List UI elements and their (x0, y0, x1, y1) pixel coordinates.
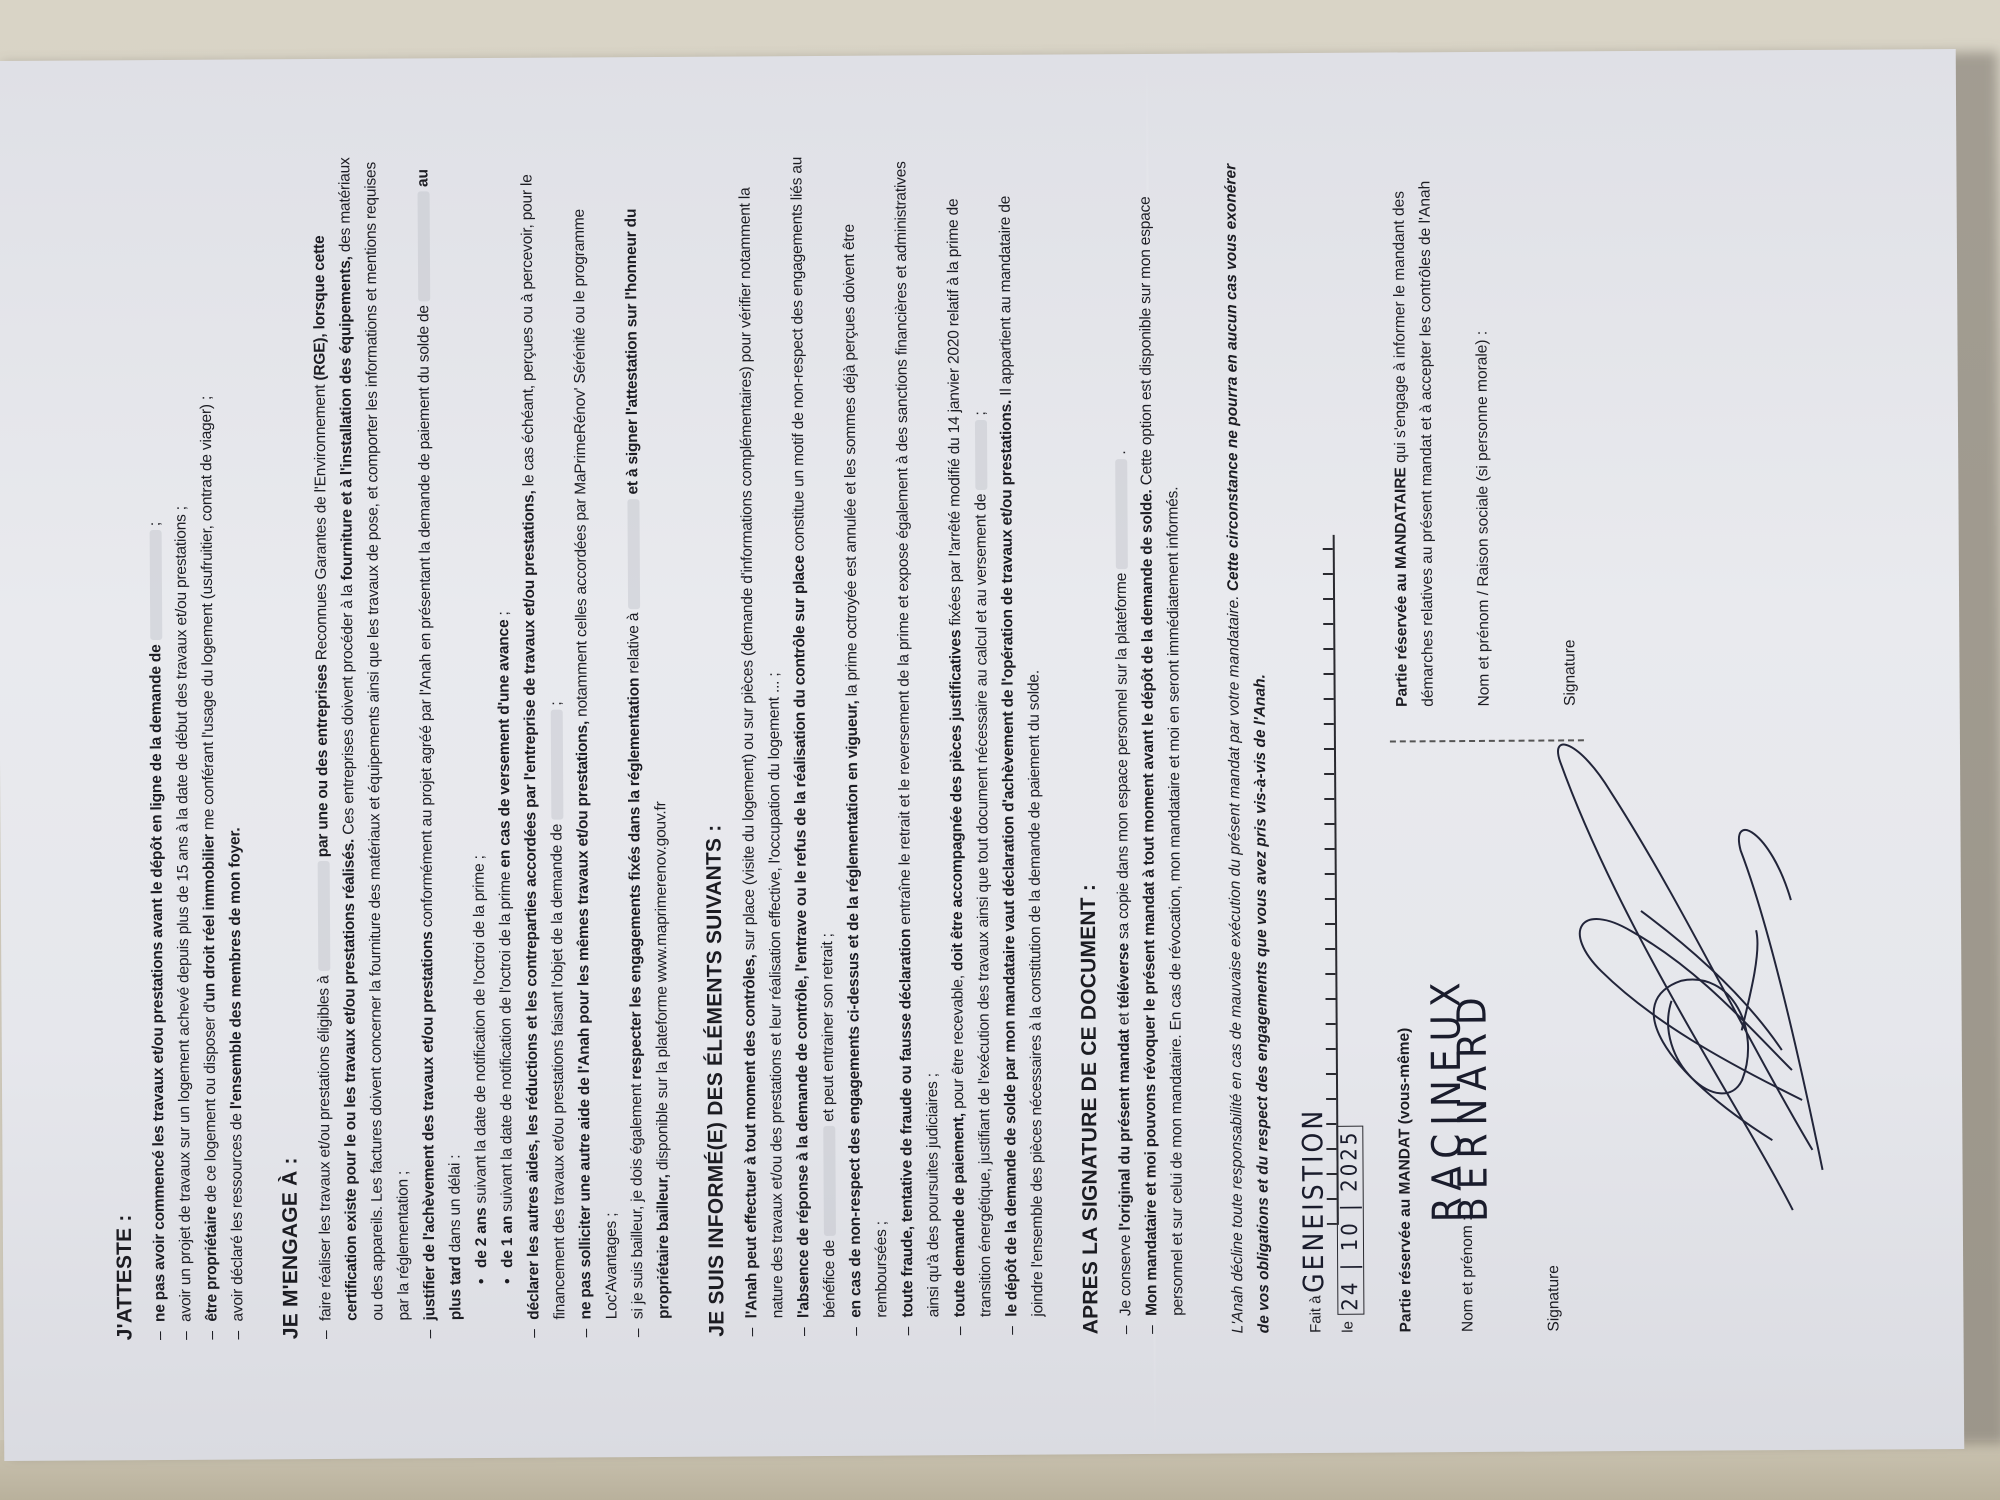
redacted-blank (1115, 459, 1128, 569)
mandataire-section: Partie réservée au MANDATAIRE qui s'enga… (1386, 146, 1584, 743)
engage-item: faire réaliser les travaux et/ou prestat… (306, 153, 417, 1339)
mandataire-name-label: Nom et prénom / Raison sociale (si perso… (1468, 147, 1497, 707)
mandant-title: Partie réservée au MANDAT (vous-même) (1390, 773, 1419, 1333)
redacted-blank (318, 861, 331, 971)
informe-item: en cas de non-respect des engagements ci… (836, 151, 895, 1336)
redacted-blank (551, 710, 564, 820)
mandataire-title: Partie réservée au MANDATAIRE qui s'enga… (1386, 147, 1441, 707)
anah-disclaimer: L'Anah décline toute responsabilité en c… (1218, 148, 1277, 1333)
date-value[interactable]: 24 | 10 | 2025 (1336, 1125, 1364, 1314)
fait-a-label: Fait à (1307, 1295, 1324, 1333)
place-field-ruler[interactable] (1321, 535, 1339, 1225)
section-informe: JE SUIS INFORMÉ(E) DES ÉLÉMENTS SUIVANTS… (698, 150, 1051, 1337)
place-date-block: Fait à GENEISTION le 24 | 10 | 2025 (1300, 148, 1367, 1333)
engage-item: déclarer les autres aides, les réduction… (514, 153, 573, 1338)
informe-item: l'absence de réponse à la demande de con… (784, 151, 843, 1336)
handwritten-signature[interactable] (1540, 710, 1843, 1232)
mandant-name-value[interactable]: RACINEUX BERNARD (1432, 772, 1487, 1222)
redacted-blank (627, 499, 640, 609)
informe-item: le dépôt de la demande de solde par mon … (992, 150, 1051, 1335)
redacted-blank (823, 1126, 836, 1236)
informe-item: toute demande de paiement, pour être rec… (940, 150, 999, 1335)
section-atteste: J'ATTESTE : ne pas avoir commencé les tr… (106, 154, 251, 1340)
section-title-apres: APRES LA SIGNATURE DE CE DOCUMENT : (1072, 149, 1103, 1334)
informe-item: toute fraude, tentative de fraude ou fau… (888, 150, 947, 1335)
mandant-name-row: Nom et prénom : RACINEUX BERNARD (1452, 772, 1481, 1332)
engage-item: ne pas solliciter une autre aide de l'An… (566, 152, 625, 1337)
informe-item: l'Anah peut effectuer à tout moment des … (732, 151, 791, 1336)
mandant-section: Partie réservée au MANDAT (vous-même) No… (1390, 772, 1587, 1333)
redacted-blank (975, 420, 987, 490)
apres-item: Mon mandataire et moi pouvons révoquer l… (1132, 149, 1191, 1334)
mandataire-signature-label: Signature (1554, 146, 1583, 706)
section-title-informe: JE SUIS INFORMÉ(E) DES ÉLÉMENTS SUIVANTS… (698, 152, 729, 1337)
le-label: le (1339, 1321, 1356, 1333)
section-title-atteste: J'ATTESTE : (106, 155, 137, 1340)
section-apres-signature: APRES LA SIGNATURE DE CE DOCUMENT : Je c… (1072, 149, 1191, 1335)
mandate-form-page: J'ATTESTE : ne pas avoir commencé les tr… (0, 49, 1964, 1461)
engage-item: si je suis bailleur, je dois également r… (618, 152, 677, 1337)
photographed-page: J'ATTESTE : ne pas avoir commencé les tr… (0, 49, 1964, 1461)
redacted-blank (417, 191, 430, 301)
engage-item: justifier de l'achèvement des travaux et… (410, 153, 469, 1338)
signature-parties: Partie réservée au MANDAT (vous-même) No… (1386, 146, 1587, 1332)
section-engage: JE M'ENGAGE À : faire réaliser les trava… (272, 152, 677, 1339)
section-title-engage: JE M'ENGAGE À : (272, 154, 303, 1339)
redacted-blank (150, 530, 163, 640)
mandant-name-label: Nom et prénom : (1459, 1217, 1477, 1333)
